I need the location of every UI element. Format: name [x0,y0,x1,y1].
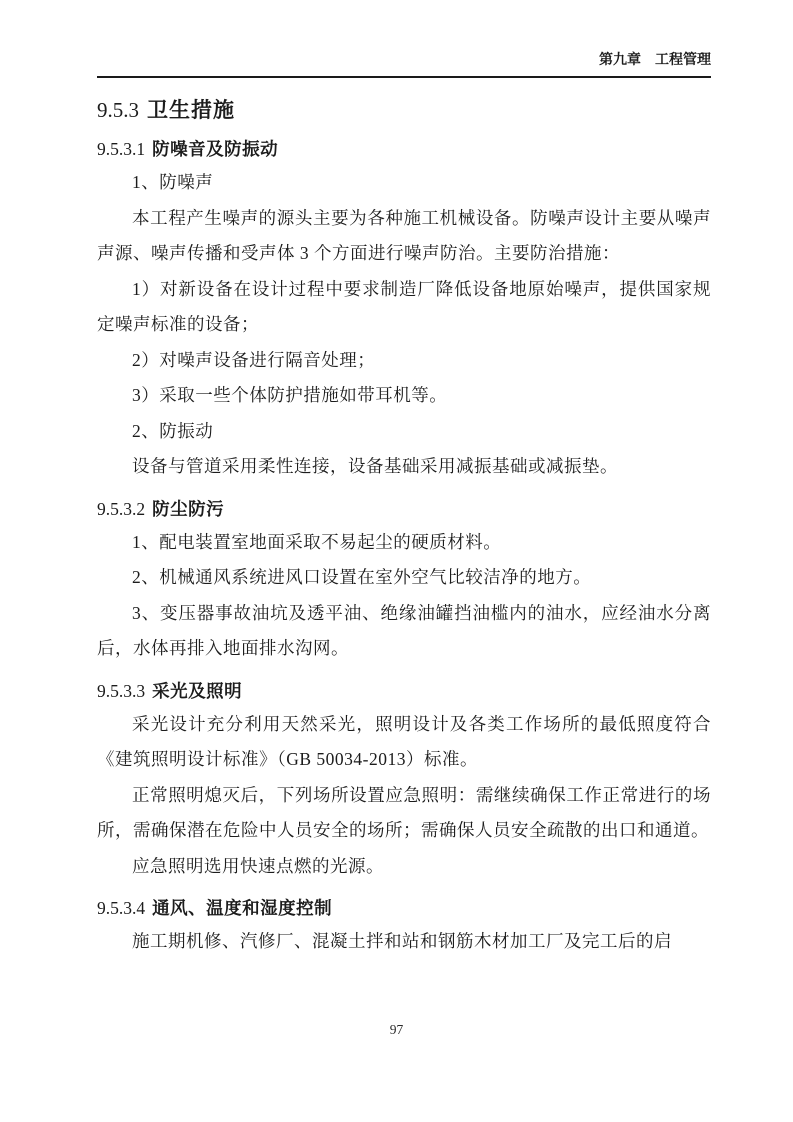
page-header: 第九章 工程管理 [97,52,711,78]
heading-9-5-3-2: 9.5.3.2防尘防污 [97,497,711,521]
paragraph: 施工期机修、汽修厂、混凝土拌和站和钢筋木材加工厂及完工后的启 [97,924,711,960]
paragraph: 2、防振动 [97,414,711,450]
heading-title: 防尘防污 [152,499,224,519]
heading-number: 9.5.3.4 [97,898,145,918]
header-section-label: 工程管理 [655,52,711,70]
paragraph: 采光设计充分利用天然采光，照明设计及各类工作场所的最低照度符合《建筑照明设计标准… [97,707,711,778]
heading-9-5-3: 9.5.3卫生措施 [97,96,711,125]
heading-9-5-3-4: 9.5.3.4通风、温度和湿度控制 [97,896,711,920]
paragraph: 2）对噪声设备进行隔音处理； [97,343,711,379]
heading-number: 9.5.3.3 [97,681,145,701]
heading-number: 9.5.3 [97,98,139,122]
paragraph: 3）采取一些个体防护措施如带耳机等。 [97,378,711,414]
paragraph: 1）对新设备在设计过程中要求制造厂降低设备地原始噪声，提供国家规定噪声标准的设备… [97,272,711,343]
heading-title: 防噪音及防振动 [152,139,278,159]
heading-title: 采光及照明 [152,681,242,701]
heading-9-5-3-1: 9.5.3.1防噪音及防振动 [97,137,711,161]
heading-number: 9.5.3.1 [97,139,145,159]
paragraph: 正常照明熄灭后，下列场所设置应急照明：需继续确保工作正常进行的场所，需确保潜在危… [97,778,711,849]
paragraph: 本工程产生噪声的源头主要为各种施工机械设备。防噪声设计主要从噪声声源、噪声传播和… [97,201,711,272]
heading-title: 通风、温度和湿度控制 [152,898,332,918]
paragraph: 应急照明选用快速点燃的光源。 [97,849,711,885]
paragraph: 1、防噪声 [97,165,711,201]
page-content: 第九章 工程管理 9.5.3卫生措施 9.5.3.1防噪音及防振动 1、防噪声 … [0,0,793,960]
heading-title: 卫生措施 [147,99,235,122]
paragraph: 1、配电装置室地面采取不易起尘的硬质材料。 [97,525,711,561]
header-chapter-label: 第九章 [599,52,641,70]
paragraph: 设备与管道采用柔性连接，设备基础采用减振基础或减振垫。 [97,449,711,485]
paragraph: 2、机械通风系统进风口设置在室外空气比较洁净的地方。 [97,560,711,596]
page-number: 97 [0,1022,793,1038]
heading-number: 9.5.3.2 [97,499,145,519]
paragraph: 3、变压器事故油坑及透平油、绝缘油罐挡油槛内的油水，应经油水分离后，水体再排入地… [97,596,711,667]
document-page: 第九章 工程管理 9.5.3卫生措施 9.5.3.1防噪音及防振动 1、防噪声 … [0,0,793,1122]
heading-9-5-3-3: 9.5.3.3采光及照明 [97,679,711,703]
